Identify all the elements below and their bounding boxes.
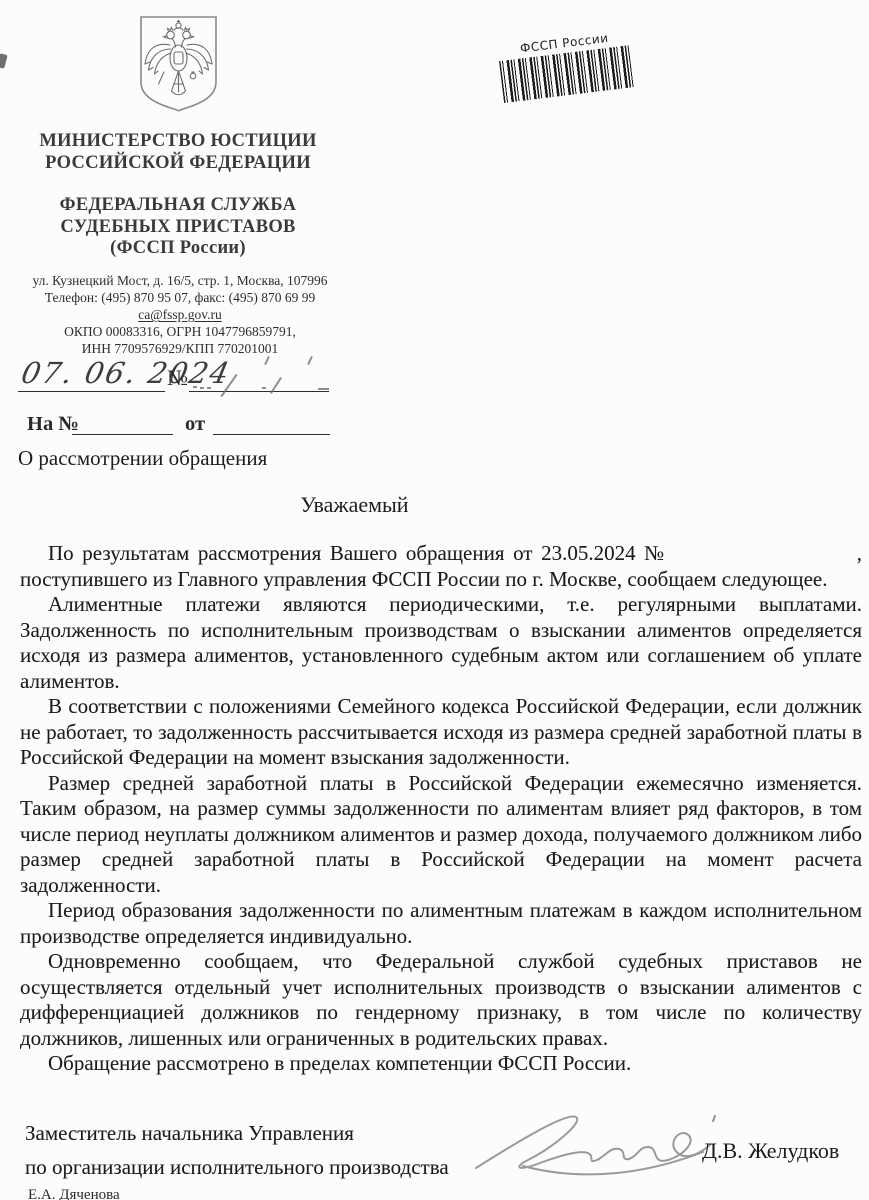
signer-position: Заместитель начальника Управления по орг… <box>25 1116 449 1184</box>
signer-name: Д.В. Желудков <box>702 1138 839 1164</box>
letter-body: По результатам рассмотрения Вашего обращ… <box>20 541 862 1077</box>
handwriting-artifact <box>307 356 313 365</box>
letterhead-ministry: МИНИСТЕРСТВО ЮСТИЦИИ РОССИЙСКОЙ ФЕДЕРАЦИ… <box>0 131 356 174</box>
scanned-letter-page: ФССП России МИНИСТЕРСТВО ЮСТИЦИИ РОССИЙС… <box>0 0 869 1200</box>
paragraph: Одновременно сообщаем, что Федеральной с… <box>20 949 862 1051</box>
letterhead-service: ФЕДЕРАЛЬНАЯ СЛУЖБА СУДЕБНЫХ ПРИСТАВОВ (Ф… <box>0 195 356 260</box>
address-line: ул. Кузнецкий Мост, д. 16/5, стр. 1, Мос… <box>0 272 360 289</box>
scan-artifact <box>0 53 8 69</box>
handwritten-date: 07. 06. 2024 <box>18 356 234 390</box>
date-underline <box>18 391 165 392</box>
phone-fax-line: Телефон: (495) 870 95 07, факс: (495) 87… <box>0 289 360 306</box>
ministry-line: МИНИСТЕРСТВО ЮСТИЦИИ <box>0 131 356 153</box>
service-line: СУДЕБНЫХ ПРИСТАВОВ <box>0 217 356 239</box>
barcode-block: ФССП России <box>494 28 640 104</box>
coat-of-arms-icon <box>134 12 223 113</box>
paragraph: Обращение рассмотрено в пределах компете… <box>20 1051 862 1077</box>
reply-date-underline <box>213 434 330 435</box>
service-line: (ФССП России) <box>0 238 356 260</box>
codes-line: ОКПО 00083316, ОГРН 1047796859791, <box>0 323 360 340</box>
handwriting-artifact <box>262 387 266 389</box>
number-underline <box>189 391 329 392</box>
reply-from-label: от <box>185 413 205 436</box>
executor-name: Е.А. Дяченова <box>28 1187 120 1200</box>
signature-icon <box>468 1102 718 1182</box>
reply-number-underline <box>72 434 173 435</box>
reply-number-label: На № <box>27 413 79 436</box>
service-line: ФЕДЕРАЛЬНАЯ СЛУЖБА <box>0 195 356 217</box>
handwriting-artifact <box>207 387 211 389</box>
subject-line: О рассмотрении обращения <box>18 446 267 471</box>
handwriting-artifact <box>264 356 270 365</box>
paragraph: Алиментные платежи являются периодически… <box>20 592 862 694</box>
numero-sign: № <box>167 365 188 391</box>
signer-position-line: по организации исполнительного производс… <box>25 1150 449 1184</box>
salutation: Уважаемый <box>0 492 789 518</box>
handwriting-artifact <box>318 388 329 390</box>
codes-line: ИНН 7709576929/КПП 770201001 <box>0 340 360 357</box>
handwriting-artifact <box>200 387 204 389</box>
signer-position-line: Заместитель начальника Управления <box>25 1116 449 1150</box>
handwriting-artifact <box>193 386 197 388</box>
paragraph: Период образования задолженности по алим… <box>20 898 862 949</box>
paragraph: Размер средней заработной платы в Россий… <box>20 771 862 899</box>
paragraph: В соответствии с положениями Семейного к… <box>20 694 862 771</box>
ministry-line: РОССИЙСКОЙ ФЕДЕРАЦИИ <box>0 153 356 175</box>
email-text: ca@fssp.gov.ru <box>138 307 222 322</box>
letterhead-contacts: ул. Кузнецкий Мост, д. 16/5, стр. 1, Мос… <box>0 272 360 357</box>
paragraph: По результатам рассмотрения Вашего обращ… <box>20 541 862 592</box>
